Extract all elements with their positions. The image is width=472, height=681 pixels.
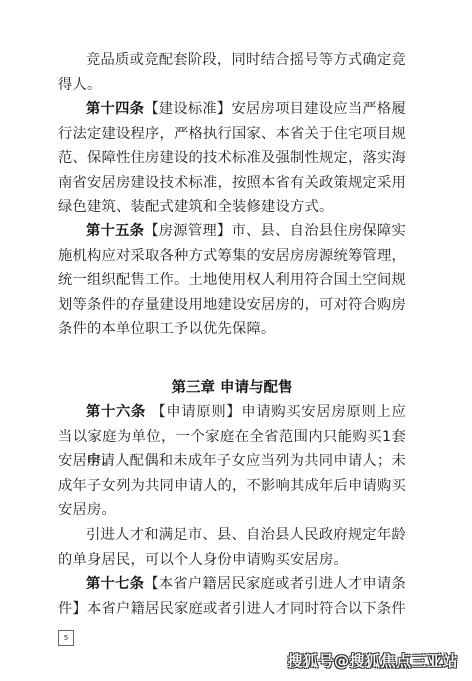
article-number: 第十七条: [86, 576, 144, 592]
paragraph-text: 竞品质或竞配套阶段，同时结合摇号等方式确定竞得人。: [58, 52, 406, 93]
paragraph-co-applicants: 申请人配偶和未成年子女应当列为共同申请人；未成年子女列为共同申请人的，不影响其成…: [58, 449, 406, 523]
paragraph-text: 【房源管理】市、县、自治县住房保障实施机构应对采取各种方式筹集的安居房房源统筹管…: [58, 223, 406, 337]
chapter-heading: 第三章 申请与配售: [58, 376, 406, 397]
article-number: 第十六条: [86, 404, 146, 420]
article-15: 第十五条【房源管理】市、县、自治县住房保障实施机构应对采取各种方式筹集的安居房房…: [58, 219, 406, 342]
paragraph-single-residents: 引进人才和满足市、县、自治县人民政府规定年龄的单身居民，可以个人身份申请购买安居…: [58, 523, 406, 572]
article-number: 第十五条: [86, 223, 144, 239]
page-number-box: 5: [58, 630, 74, 646]
article-17: 第十七条【本省户籍居民家庭或者引进人才申请条件】本省户籍居民家庭或者引进人才同时…: [58, 572, 406, 621]
paragraph-text: 【建设标准】安居房项目建设应当严格履行法定建设程序，严格执行国家、本省关于住宅项…: [58, 101, 406, 215]
article-number: 第十四条: [86, 101, 144, 117]
paragraph-continuation: 竞品质或竞配套阶段，同时结合摇号等方式确定竞得人。: [58, 48, 406, 97]
paragraph-text: 引进人才和满足市、县、自治县人民政府规定年龄的单身居民，可以个人身份申请购买安居…: [58, 527, 406, 568]
paragraph-text: 申请人配偶和未成年子女应当列为共同申请人；未成年子女列为共同申请人的，不影响其成…: [58, 453, 406, 518]
article-14: 第十四条【建设标准】安居房项目建设应当严格履行法定建设程序，严格执行国家、本省关…: [58, 97, 406, 220]
watermark: 搜狐号@搜狐焦点三亚站: [287, 650, 458, 671]
